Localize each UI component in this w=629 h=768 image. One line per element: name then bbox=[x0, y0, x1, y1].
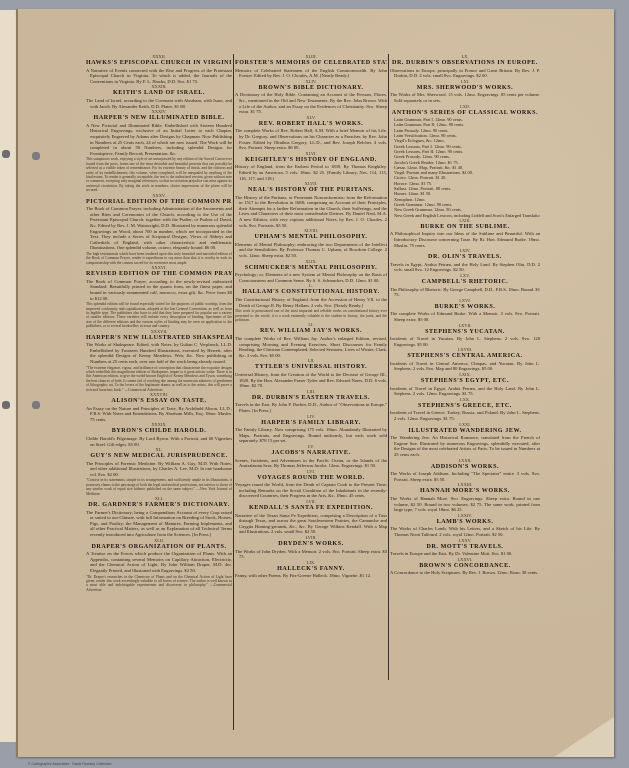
catalogue-entry: LXV.CAMPBELL'S RHETORIC.The Philosophy o… bbox=[390, 273, 540, 298]
entry-description: An Essay on the Nature and Principles of… bbox=[86, 406, 232, 423]
binding-hole bbox=[2, 401, 10, 409]
binding-hole bbox=[32, 401, 40, 409]
catalogue-entry: XXXIX.BYRON'S CHILDE HAROLD.Childe Harol… bbox=[86, 422, 232, 447]
entry-title: DR. OLIN'S TRAVELS. bbox=[390, 254, 540, 262]
entry-description: The complete Works of Edmund Burke. With… bbox=[390, 311, 540, 322]
catalogue-column-left: XXXII.HAWKS'S EPISCOPAL CHURCH IN VIRGIN… bbox=[86, 54, 232, 592]
catalogue-entry: LXII.ANTHON'S SERIES OF CLASSICAL WORKS.… bbox=[390, 104, 540, 218]
entry-note: This sumptuous work, enjoying a style of… bbox=[86, 157, 232, 192]
catalogue-entry: XLII.DRAPER'S ORGANIZATION OF PLANTS.A T… bbox=[86, 538, 232, 593]
entry-description: Universal History, from the Creation of … bbox=[235, 372, 387, 389]
catalogue-entry: LVI.VOYAGES ROUND THE WORLD.Voyages roun… bbox=[235, 469, 387, 499]
binding-hole bbox=[32, 152, 40, 160]
entry-description: The Book of Common Prayer, according to … bbox=[86, 279, 232, 301]
entry-title: DRAPER'S ORGANIZATION OF PLANTS. bbox=[86, 544, 232, 552]
entry-description: The Works of Shakspeare. Edited, with No… bbox=[86, 342, 232, 364]
entry-description: A Concordance to the Holy Scriptures. By… bbox=[390, 570, 540, 576]
column-rule bbox=[388, 54, 389, 680]
entry-title: VOYAGES ROUND THE WORLD. bbox=[235, 475, 387, 483]
catalogue-entry: XLVII.NEAL'S HISTORY OF THE PURITANS.The… bbox=[235, 181, 387, 228]
entry-description: Incidents of Travel in Yucatan. By John … bbox=[390, 336, 540, 347]
entry-title: LAMB'S WORKS. bbox=[390, 519, 540, 527]
catalogue-entry: L.HALLAM'S CONSTITUTIONAL HISTORY.The Co… bbox=[235, 283, 387, 322]
entry-title: STEPHENS'S CENTRAL AMERICA. bbox=[390, 353, 540, 361]
catalogue-entry: XXXVII.HARPER'S NEW ILLUSTRATED SHAKSPEA… bbox=[86, 329, 232, 392]
entry-description: The Principles of Forensic Medicine. By … bbox=[86, 461, 232, 478]
entry-description: Fanny, with other Poems. By Fitz-Greene … bbox=[235, 573, 387, 579]
entry-description: The Works of Charles Lamb. With his Lett… bbox=[390, 526, 540, 537]
entry-note: The high testimonials which have been te… bbox=[86, 252, 232, 265]
catalogue-entry: XLV.REV. ROBERT HALL'S WORKS.The complet… bbox=[235, 115, 387, 151]
catalogue-entry: LXI.MRS. SHERWOOD'S WORKS.The Works of M… bbox=[390, 79, 540, 104]
catalogue-entry: LXXVI.BROWN'S CONCORDANCE.A Concordance … bbox=[390, 557, 540, 576]
entry-description: Incidents of Travel in Central America, … bbox=[390, 361, 540, 372]
entry-title: KENDALL'S SANTA FE EXPEDITION. bbox=[235, 505, 387, 513]
catalogue-entry: LX.DR. DURBIN'S OBSERVATIONS IN EUROPE.O… bbox=[390, 54, 540, 79]
entry-title: ANTHON'S SERIES OF CLASSICAL WORKS. bbox=[390, 110, 540, 118]
catalogue-entry: XXXV.PICTORIAL EDITION OF THE COMMON PRA… bbox=[86, 193, 232, 266]
entry-description: Incidents of Travel in Egypt, Arabia Pet… bbox=[390, 386, 540, 397]
catalogue-entry: LXIII.BURKE ON THE SUBLIME.A Philosophic… bbox=[390, 218, 540, 248]
entry-description: The complete Works of Rev. William Jay. … bbox=[235, 336, 387, 358]
catalogue-entry: LXIV.DR. OLIN'S TRAVELS.Travels in Egypt… bbox=[390, 248, 540, 273]
entry-title: REVISED EDITION OF THE COMMON PRAYER. bbox=[86, 271, 232, 279]
entry-description: The Family Library. Now comprising 175 v… bbox=[235, 427, 387, 444]
catalogue-entry: LXX.STEPHENS'S GREECE, ETC.Incidents of … bbox=[390, 397, 540, 422]
catalogue-entry: LXXV.DR. MOTT'S TRAVELS.Travels in Europ… bbox=[390, 538, 540, 557]
entry-title: ALISON'S ESSAY ON TASTE. bbox=[86, 398, 232, 406]
entry-description: Observations in Europe, principally in F… bbox=[390, 68, 540, 79]
entry-title: KEITH'S LAND OF ISRAEL. bbox=[86, 90, 232, 98]
catalogue-entry: XXXIV.HARPER'S NEW ILLUMINATED BIBLE.A N… bbox=[86, 109, 232, 192]
catalogue-entry: XLIV.BROWN'S BIBLE DICTIONARY.A Dictiona… bbox=[235, 79, 387, 115]
entry-title: HALLAM'S CONSTITUTIONAL HISTORY. bbox=[235, 289, 387, 297]
entry-title: MRS. SHERWOOD'S WORKS. bbox=[390, 85, 540, 93]
entry-note: "The extreme elegance, vigour, and brill… bbox=[86, 366, 232, 392]
entry-note: "Dr. Draper's researches in the Chemistr… bbox=[86, 575, 232, 593]
entry-description: The Works of Joseph Addison. Including "… bbox=[390, 471, 540, 482]
entry-description: Scenes, Incidents, and Adventures in the… bbox=[235, 458, 387, 469]
entry-description: Childe Harold's Pilgrimage. By Lord Byro… bbox=[86, 436, 232, 447]
catalogue-entry: LXVI.BURKE'S WORKS.The complete Works of… bbox=[390, 298, 540, 323]
entry-title: BROWN'S BIBLE DICTIONARY. bbox=[235, 85, 387, 93]
entry-title: REV. ROBERT HALL'S WORKS. bbox=[235, 121, 387, 129]
catalogue-entry: LI.REV. WILLIAM JAY'S WORKS.The complete… bbox=[235, 322, 387, 358]
entry-description: The Constitutional History of England, f… bbox=[235, 297, 387, 308]
catalogue-entry: LVII.KENDALL'S SANTA FE EXPEDITION.Narra… bbox=[235, 499, 387, 535]
entry-title: KEIGHTLEY'S HISTORY OF ENGLAND. bbox=[235, 157, 387, 165]
entry-title: DR. DURBIN'S EASTERN TRAVELS. bbox=[235, 395, 387, 403]
entry-title: ADDISON'S WORKS. bbox=[390, 464, 540, 472]
entry-title: HARPER'S NEW ILLUMINATED BIBLE. bbox=[86, 115, 232, 123]
entry-description: Elements of Mental Philosophy; embracing… bbox=[235, 242, 387, 259]
dog-eared-corner bbox=[554, 717, 614, 757]
entry-description: Travels in the East. By John P. Durbin, … bbox=[235, 402, 387, 413]
entry-title: BROWN'S CONCORDANCE. bbox=[390, 563, 540, 571]
catalogue-entry: LXXIV.LAMB'S WORKS.The Works of Charles … bbox=[390, 513, 540, 538]
entry-description: The Philosophy of Rhetoric. By George Ca… bbox=[390, 287, 540, 298]
entry-description: The Works of John Dryden. With a Memoir.… bbox=[235, 549, 387, 560]
entry-description: The complete Works of Rev. Robert Hall, … bbox=[235, 128, 387, 150]
entry-title: TYTLER'S UNIVERSAL HISTORY. bbox=[235, 364, 387, 372]
entry-title: STEPHENS'S GREECE, ETC. bbox=[390, 403, 540, 411]
entry-title: FORSTER'S MEMOIRS OF CELEBRATED STATESME… bbox=[235, 60, 387, 68]
catalogue-entry: LXXIII.HANNAH MORE'S WORKS.The Works of … bbox=[390, 482, 540, 512]
catalogue-entry: XXXVI.REVISED EDITION OF THE COMMON PRAY… bbox=[86, 265, 232, 328]
catalogue-entry: XLIX.SCHMUCKER'S MENTAL PHILOSOPHY.Psych… bbox=[235, 259, 387, 284]
entry-title: REV. WILLIAM JAY'S WORKS. bbox=[235, 328, 387, 336]
entry-title: HARPER'S NEW ILLUSTRATED SHAKSPEARE. bbox=[86, 335, 232, 343]
entry-description: The Book of Common Prayer, including Adm… bbox=[86, 206, 232, 251]
catalogue-entry: LXVIII.STEPHENS'S CENTRAL AMERICA.Incide… bbox=[390, 347, 540, 372]
entry-title: JACOBS'S NARRATIVE. bbox=[235, 450, 387, 458]
entry-title: DRYDEN'S WORKS. bbox=[235, 541, 387, 549]
entry-description: Travels in Egypt, Arabia Petræa, and the… bbox=[390, 262, 540, 273]
column-rule bbox=[233, 54, 234, 730]
catalogue-entry: XLI.DR. GARDNER'S FARMER'S DICTIONARY.Th… bbox=[86, 496, 232, 538]
entry-description: A Dictionary of the Holy Bible. Containi… bbox=[235, 92, 387, 114]
catalogue-entry: LIII.DR. DURBIN'S EASTERN TRAVELS.Travel… bbox=[235, 389, 387, 414]
entry-description: A Philosophical Inquiry into our Ideas o… bbox=[390, 231, 540, 248]
entry-title: UPHAM'S MENTAL PHILOSOPHY. bbox=[235, 234, 387, 242]
entry-title: HALLECK'S FANNY. bbox=[235, 566, 387, 574]
entry-title: BYRON'S CHILDE HAROLD. bbox=[86, 428, 232, 436]
entry-title: BURKE ON THE SUBLIME. bbox=[390, 224, 540, 232]
catalogue-entry: LII.TYTLER'S UNIVERSAL HISTORY.Universal… bbox=[235, 358, 387, 388]
entry-description: History of England, from the Earliest Pe… bbox=[235, 164, 387, 181]
entry-title: HANNAH MORE'S WORKS. bbox=[390, 488, 540, 496]
entry-title: CAMPBELL'S RHETORIC. bbox=[390, 279, 540, 287]
catalogue-entry: LXXI.ILLUSTRATED WANDERING JEW.The Wande… bbox=[390, 422, 540, 458]
catalogue-column-right: LX.DR. DURBIN'S OBSERVATIONS IN EUROPE.O… bbox=[390, 54, 540, 576]
entry-title: SCHMUCKER'S MENTAL PHILOSOPHY. bbox=[235, 265, 387, 273]
catalogue-entry: XLVI.KEIGHTLEY'S HISTORY OF ENGLAND.Hist… bbox=[235, 151, 387, 181]
catalogue-entry: LVIII.DRYDEN'S WORKS.The Works of John D… bbox=[235, 535, 387, 560]
entry-description: Memoirs of Celebrated Statesmen of the E… bbox=[235, 68, 387, 79]
entry-description: Voyages round the World, from the Death … bbox=[235, 482, 387, 499]
entry-description: Psychology; or, Elements of a new System… bbox=[235, 272, 387, 283]
entry-title: NEAL'S HISTORY OF THE PURITANS. bbox=[235, 187, 387, 195]
catalogue-column-middle: XLIII.FORSTER'S MEMOIRS OF CELEBRATED ST… bbox=[235, 54, 387, 579]
entry-title: PICTORIAL EDITION OF THE COMMON PRAYER. bbox=[86, 199, 232, 207]
entry-title: STEPHENS'S YUCATAN. bbox=[390, 329, 540, 337]
entry-title: HARPER'S FAMILY LIBRARY. bbox=[235, 420, 387, 428]
entry-description: A New Pictorial and Illuminated Bible, E… bbox=[86, 123, 232, 157]
entry-note: This work is pronounced one of the most … bbox=[235, 309, 387, 322]
entry-description: A Treatise on the Forces which produce t… bbox=[86, 551, 232, 573]
entry-description: Incidents of Travel in Greece, Turkey, R… bbox=[390, 410, 540, 421]
catalogue-entry: XXXVIII.ALISON'S ESSAY ON TASTE.An Essay… bbox=[86, 392, 232, 422]
entry-description: The Farmer's Dictionary; being a Compend… bbox=[86, 510, 232, 538]
catalogue-entry: XL.GUY'S NEW MEDICAL JURISPRUDENCE.The P… bbox=[86, 447, 232, 496]
entry-title: BURKE'S WORKS. bbox=[390, 304, 540, 312]
catalogue-entry: XLVIII.UPHAM'S MENTAL PHILOSOPHY.Element… bbox=[235, 228, 387, 258]
catalogue-entry: LXVII.STEPHENS'S YUCATAN.Incidents of Tr… bbox=[390, 323, 540, 348]
entry-description: The History of the Puritans, or Protesta… bbox=[235, 195, 387, 229]
catalogue-entry: XLIII.FORSTER'S MEMOIRS OF CELEBRATED ST… bbox=[235, 54, 387, 79]
catalogue-entry: LIV.HARPER'S FAMILY LIBRARY.The Family L… bbox=[235, 414, 387, 444]
catalogue-entry: XXXII.HAWKS'S EPISCOPAL CHURCH IN VIRGIN… bbox=[86, 54, 232, 84]
catalogue-entry: LXIX.STEPHENS'S EGYPT, ETC.Incidents of … bbox=[390, 372, 540, 397]
entry-description: Narrative of the Texan Santa Fe Expediti… bbox=[235, 513, 387, 535]
catalogue-entry: LV.JACOBS'S NARRATIVE.Scenes, Incidents,… bbox=[235, 444, 387, 469]
entry-title: DR. DURBIN'S OBSERVATIONS IN EUROPE. bbox=[390, 60, 540, 68]
entry-description: The Wandering Jew. An Historical Romance… bbox=[390, 435, 540, 457]
binding-hole bbox=[2, 150, 10, 158]
entry-title: DR. GARDNER'S FARMER'S DICTIONARY. bbox=[86, 502, 232, 510]
entry-description: A Narrative of Events connected with the… bbox=[86, 68, 232, 85]
entry-title: STEPHENS'S EGYPT, ETC. bbox=[390, 378, 540, 386]
entry-note: "Concise in its statements, simple in it… bbox=[86, 478, 232, 496]
entry-description: The Land of Israel, according to the Cov… bbox=[86, 98, 232, 109]
catalogue-entry: LIX.HALLECK'S FANNY.Fanny, with other Po… bbox=[235, 560, 387, 579]
entry-title: HAWKS'S EPISCOPAL CHURCH IN VIRGINIA. bbox=[86, 60, 232, 68]
attribution: © Cartographic Associates · David Rumsey… bbox=[28, 762, 112, 766]
entry-title: ILLUSTRATED WANDERING JEW. bbox=[390, 428, 540, 436]
entry-note: This splendid edition will be found espe… bbox=[86, 302, 232, 328]
entry-title: GUY'S NEW MEDICAL JURISPRUDENCE. bbox=[86, 453, 232, 461]
entry-description: The Works of Mrs. Sherwood. 15 vols. 12m… bbox=[390, 92, 540, 103]
entry-title: DR. MOTT'S TRAVELS. bbox=[390, 544, 540, 552]
entry-description: The Works of Hannah More. 8vo. Engraving… bbox=[390, 496, 540, 513]
catalogue-entry: XXXIII.KEITH'S LAND OF ISRAEL.The Land o… bbox=[86, 84, 232, 109]
catalogue-entry: LXXII.ADDISON'S WORKS.The Works of Josep… bbox=[390, 458, 540, 483]
